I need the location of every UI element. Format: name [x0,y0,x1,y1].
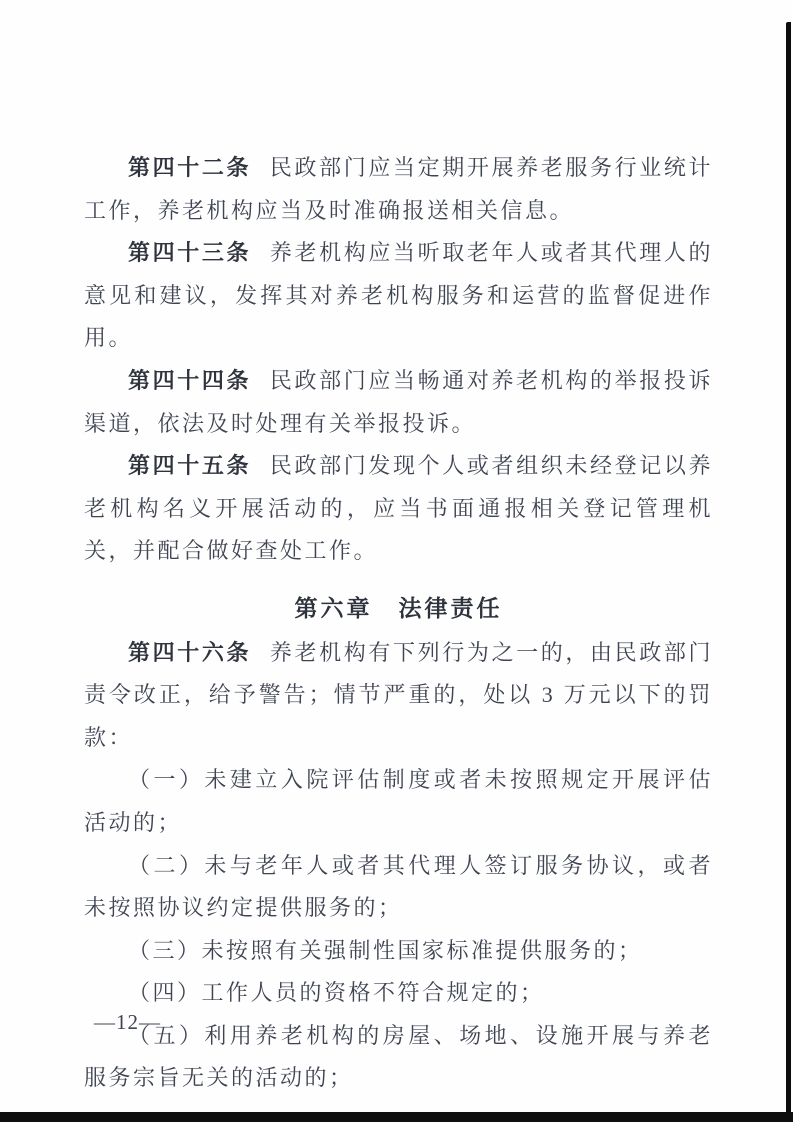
article-45-paragraph: 第四十五条民政部门发现个人或者组织未经登记以养老机构名义开展活动的，应当书面通报… [84,445,713,573]
list-item-3: （三）未按照有关强制性国家标准提供服务的； [84,930,713,973]
document-body: 第四十二条民政部门应当定期开展养老服务行业统计工作，养老机构应当及时准确报送相关… [84,147,713,1100]
article-46-paragraph: 第四十六条养老机构有下列行为之一的，由民政部门责令改正，给予警告；情节严重的，处… [84,632,713,760]
list-item-5: （五）利用养老机构的房屋、场地、设施开展与养老服务宗旨无关的活动的； [84,1015,713,1100]
list-item-2: （二）未与老年人或者其代理人签订服务协议，或者未按照协议约定提供服务的； [84,845,713,930]
article-43-paragraph: 第四十三条养老机构应当听取老年人或者其代理人的意见和建议，发挥其对养老机构服务和… [84,232,713,360]
article-42-number: 第四十二条 [128,155,251,180]
scanned-document-page: 第四十二条民政部门应当定期开展养老服务行业统计工作，养老机构应当及时准确报送相关… [0,0,793,1122]
chapter-heading: 第六章 法律责任 [84,587,713,630]
article-44-paragraph: 第四十四条民政部门应当畅通对养老机构的举报投诉渠道，依法及时处理有关举报投诉。 [84,360,713,445]
scan-edge-bottom [0,1112,793,1122]
list-item-1: （一）未建立入院评估制度或者未按照规定开展评估活动的； [84,759,713,844]
list-item-4: （四）工作人员的资格不符合规定的； [84,972,713,1015]
article-42-paragraph: 第四十二条民政部门应当定期开展养老服务行业统计工作，养老机构应当及时准确报送相关… [84,147,713,232]
article-43-number: 第四十三条 [128,240,251,265]
article-46-number: 第四十六条 [128,640,251,665]
page-number: —12— [94,1010,161,1035]
scan-edge-right [786,22,791,1122]
article-44-number: 第四十四条 [128,368,251,393]
article-45-number: 第四十五条 [128,453,251,478]
